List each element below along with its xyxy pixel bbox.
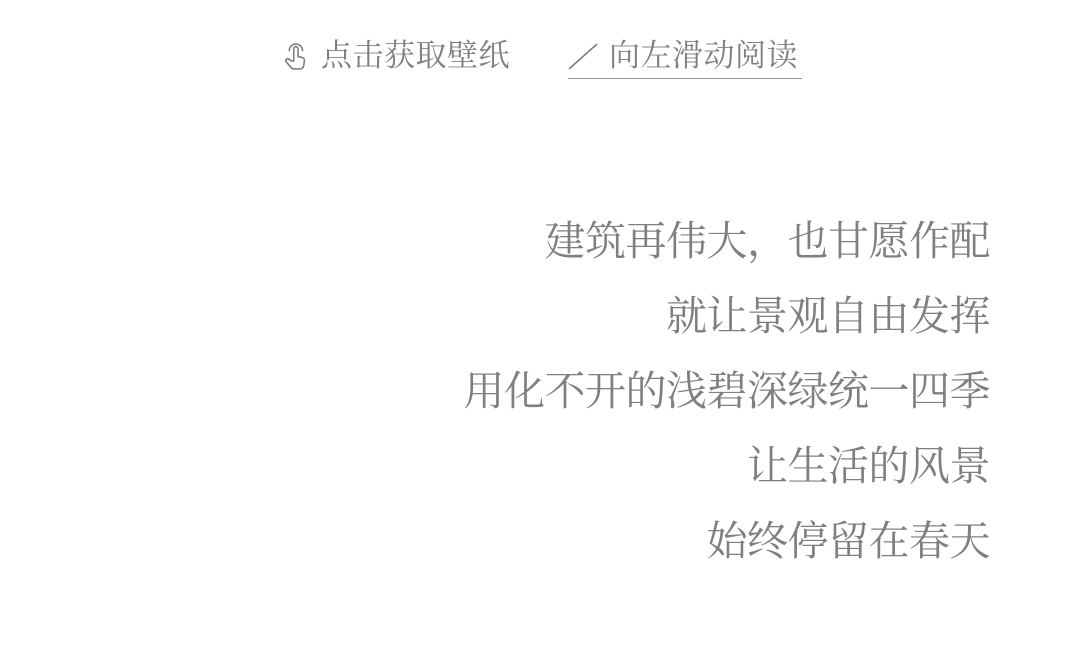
swipe-hint-label: 向左滑动阅读	[609, 40, 798, 72]
poem-line-5: 始终停留在春天	[464, 504, 991, 579]
wallpaper-hint[interactable]: 点击获取壁纸	[278, 36, 510, 76]
poem-line-2: 就让景观自由发挥	[464, 279, 991, 354]
poem-line-3: 用化不开的浅碧深绿统一四季	[464, 354, 991, 429]
swipe-hint[interactable]: 向左滑动阅读	[568, 40, 802, 79]
poem-line-4: 让生活的风景	[464, 429, 991, 504]
poem-line-1: 建筑再伟大，也甘愿作配	[464, 204, 991, 279]
slash-icon	[568, 42, 598, 70]
tap-icon	[278, 36, 312, 76]
poem: 建筑再伟大，也甘愿作配 就让景观自由发挥 用化不开的浅碧深绿统一四季 让生活的风…	[464, 204, 991, 579]
page: 点击获取壁纸 向左滑动阅读 建筑再伟大，也甘愿作配 就让景观自由发挥 用化不开的…	[0, 0, 1080, 670]
wallpaper-hint-label: 点击获取壁纸	[321, 40, 510, 72]
